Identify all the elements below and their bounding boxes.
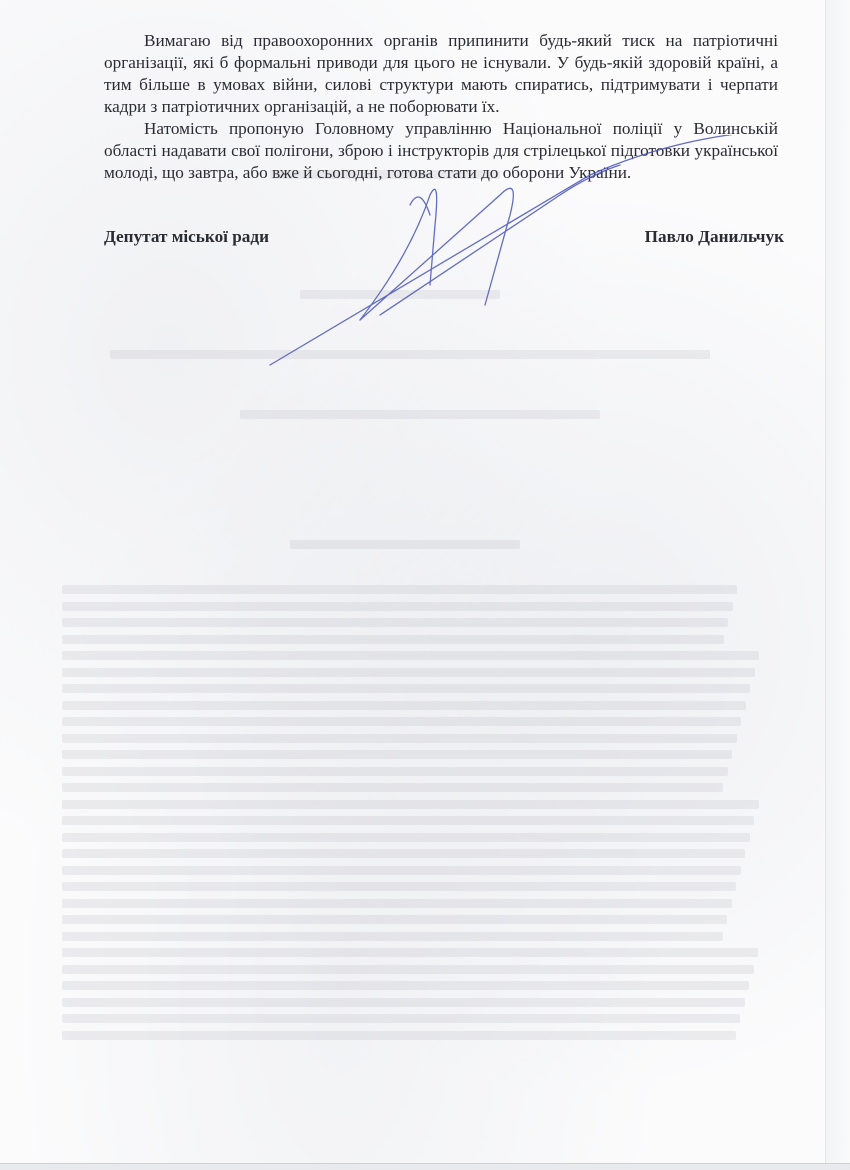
scanner-bottom-edge xyxy=(0,1163,850,1170)
bleed-through-line xyxy=(62,816,754,825)
paragraph-demand: Вимагаю від правоохоронних органів припи… xyxy=(104,30,778,118)
bleed-through-line xyxy=(62,915,727,924)
bleed-through-line xyxy=(62,833,750,842)
bleed-through-line xyxy=(62,668,755,677)
bleed-through-line xyxy=(62,800,759,809)
bleed-through-line xyxy=(62,1014,740,1023)
bleed-through-line xyxy=(62,998,745,1007)
bleed-through-line xyxy=(62,602,733,611)
bleed-through-line xyxy=(290,540,520,549)
bleed-through-line xyxy=(62,717,741,726)
bleed-through-line xyxy=(240,410,600,419)
scanned-page: Вимагаю від правоохоронних органів припи… xyxy=(0,0,850,1170)
bleed-through-line xyxy=(62,734,737,743)
bleed-through-line xyxy=(110,350,710,359)
bleed-through-line xyxy=(62,866,741,875)
bleed-through-line xyxy=(62,651,759,660)
bleed-through-line xyxy=(300,290,500,299)
bleed-through-line xyxy=(62,783,723,792)
bleed-through-line xyxy=(62,981,749,990)
bleed-through-line xyxy=(62,750,732,759)
bleed-through-line xyxy=(62,618,728,627)
bleed-through-line xyxy=(62,849,745,858)
bleed-through-line xyxy=(62,932,723,941)
bleed-through-line xyxy=(62,635,724,644)
bleed-through-line xyxy=(62,1031,736,1040)
bleed-through-line xyxy=(62,948,758,957)
paragraph-proposal: Натомість пропоную Головному управлінню … xyxy=(104,118,778,184)
bleed-through-line xyxy=(62,899,732,908)
bleed-through-line xyxy=(62,684,750,693)
page-edge xyxy=(825,0,850,1170)
signatory-name: Павло Данильчук xyxy=(645,227,784,247)
document-body: Вимагаю від правоохоронних органів припи… xyxy=(104,30,778,184)
bleed-through-line xyxy=(62,767,728,776)
position-title: Депутат міської ради xyxy=(104,227,269,247)
bleed-through-line xyxy=(62,882,736,891)
bleed-through-line xyxy=(62,701,746,710)
signature-row: Депутат міської ради Павло Данильчук xyxy=(104,227,784,247)
bleed-through-line xyxy=(62,585,737,594)
bleed-through-line xyxy=(62,965,754,974)
